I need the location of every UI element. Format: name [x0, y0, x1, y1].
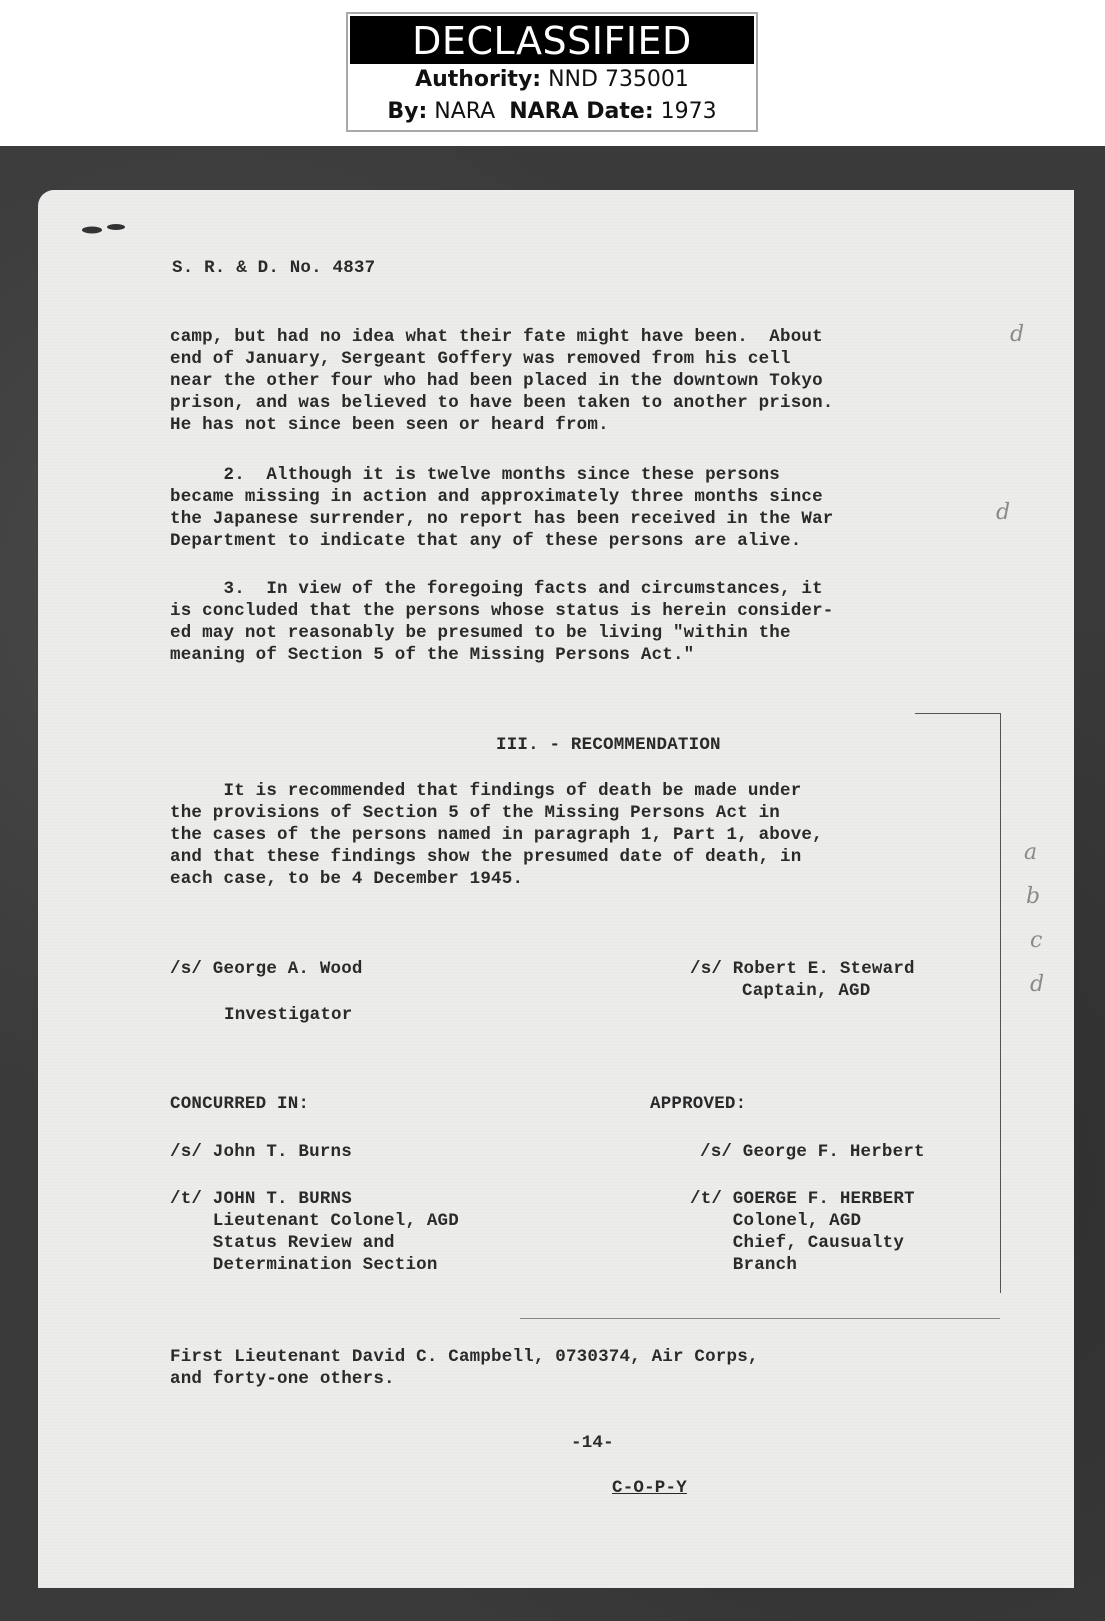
margin-note: d	[1010, 322, 1024, 347]
text-line: is concluded that the persons whose stat…	[170, 600, 834, 623]
text-line: Department to indicate that any of these…	[170, 530, 801, 553]
stamp-authority: Authority: NND 735001	[348, 64, 756, 96]
text-line: Branch	[690, 1254, 797, 1277]
investigator-signature: /s/ George A. Wood	[170, 958, 363, 981]
text-line: ed may not reasonably be presumed to be …	[170, 622, 791, 645]
stamp-by-date: By: NARA NARA Date: 1973	[348, 96, 756, 128]
by-value: NARA	[434, 99, 495, 124]
stamp-title: DECLASSIFIED	[350, 16, 754, 64]
concurred-label: CONCURRED IN:	[170, 1093, 309, 1116]
text-line: and that these findings show the presume…	[170, 846, 801, 869]
text-line: He has not since been seen or heard from…	[170, 414, 609, 437]
text-line: the cases of the persons named in paragr…	[170, 824, 823, 847]
date-value: 1973	[661, 99, 717, 124]
approved-label: APPROVED:	[650, 1093, 746, 1116]
date-label: NARA Date:	[509, 99, 653, 124]
text-line: camp, but had no idea what their fate mi…	[170, 326, 823, 349]
text-line: the provisions of Section 5 of the Missi…	[170, 802, 780, 825]
text-line: and forty-one others.	[170, 1368, 395, 1391]
by-label: By:	[387, 99, 427, 124]
text-line: Chief, Causualty	[690, 1232, 904, 1255]
document-reference: S. R. & D. No. 4837	[172, 257, 375, 280]
margin-note: a	[1024, 840, 1037, 865]
text-line: It is recommended that findings of death…	[170, 780, 801, 803]
text-line: /t/ GOERGE F. HERBERT	[690, 1188, 915, 1211]
authority-label: Authority:	[415, 67, 541, 92]
text-line: prison, and was believed to have been ta…	[170, 392, 834, 415]
text-line: each case, to be 4 December 1945.	[170, 868, 523, 891]
investigator-title: Investigator	[224, 1004, 352, 1027]
text-line: Status Review and	[170, 1232, 395, 1255]
text-line: became missing in action and approximate…	[170, 486, 823, 509]
text-line: end of January, Sergeant Goffery was rem…	[170, 348, 791, 371]
page-number: -14-	[571, 1432, 614, 1455]
text-line: Colonel, AGD	[690, 1210, 861, 1233]
steward-signature: /s/ Robert E. Steward	[690, 958, 915, 981]
text-line: First Lieutenant David C. Campbell, 0730…	[170, 1346, 759, 1369]
bracket-line-top	[915, 713, 1000, 714]
copy-mark: C-O-P-Y	[612, 1477, 687, 1500]
steward-title: Captain, AGD	[742, 980, 870, 1003]
margin-note: d	[1030, 972, 1044, 997]
text-line: Lieutenant Colonel, AGD	[170, 1210, 459, 1233]
declassified-stamp: DECLASSIFIED Authority: NND 735001 By: N…	[346, 12, 758, 132]
section-heading: III. - RECOMMENDATION	[496, 734, 721, 757]
bracket-line-right	[1000, 713, 1001, 1293]
text-line: near the other four who had been placed …	[170, 370, 823, 393]
margin-note: d	[996, 500, 1010, 525]
burns-signature: /s/ John T. Burns	[170, 1141, 352, 1164]
text-line: Determination Section	[170, 1254, 438, 1277]
text-line: 3. In view of the foregoing facts and ci…	[170, 578, 823, 601]
ink-smudge-icon	[80, 222, 140, 234]
text-line: 2. Although it is twelve months since th…	[170, 464, 780, 487]
text-line: meaning of Section 5 of the Missing Pers…	[170, 644, 694, 667]
authority-value: NND 735001	[548, 67, 689, 92]
margin-note: b	[1026, 884, 1040, 909]
text-line: the Japanese surrender, no report has be…	[170, 508, 834, 531]
text-line: /t/ JOHN T. BURNS	[170, 1188, 352, 1211]
margin-note: c	[1030, 928, 1042, 953]
bracket-line-bottom	[520, 1318, 1000, 1319]
herbert-signature: /s/ George F. Herbert	[700, 1141, 925, 1164]
